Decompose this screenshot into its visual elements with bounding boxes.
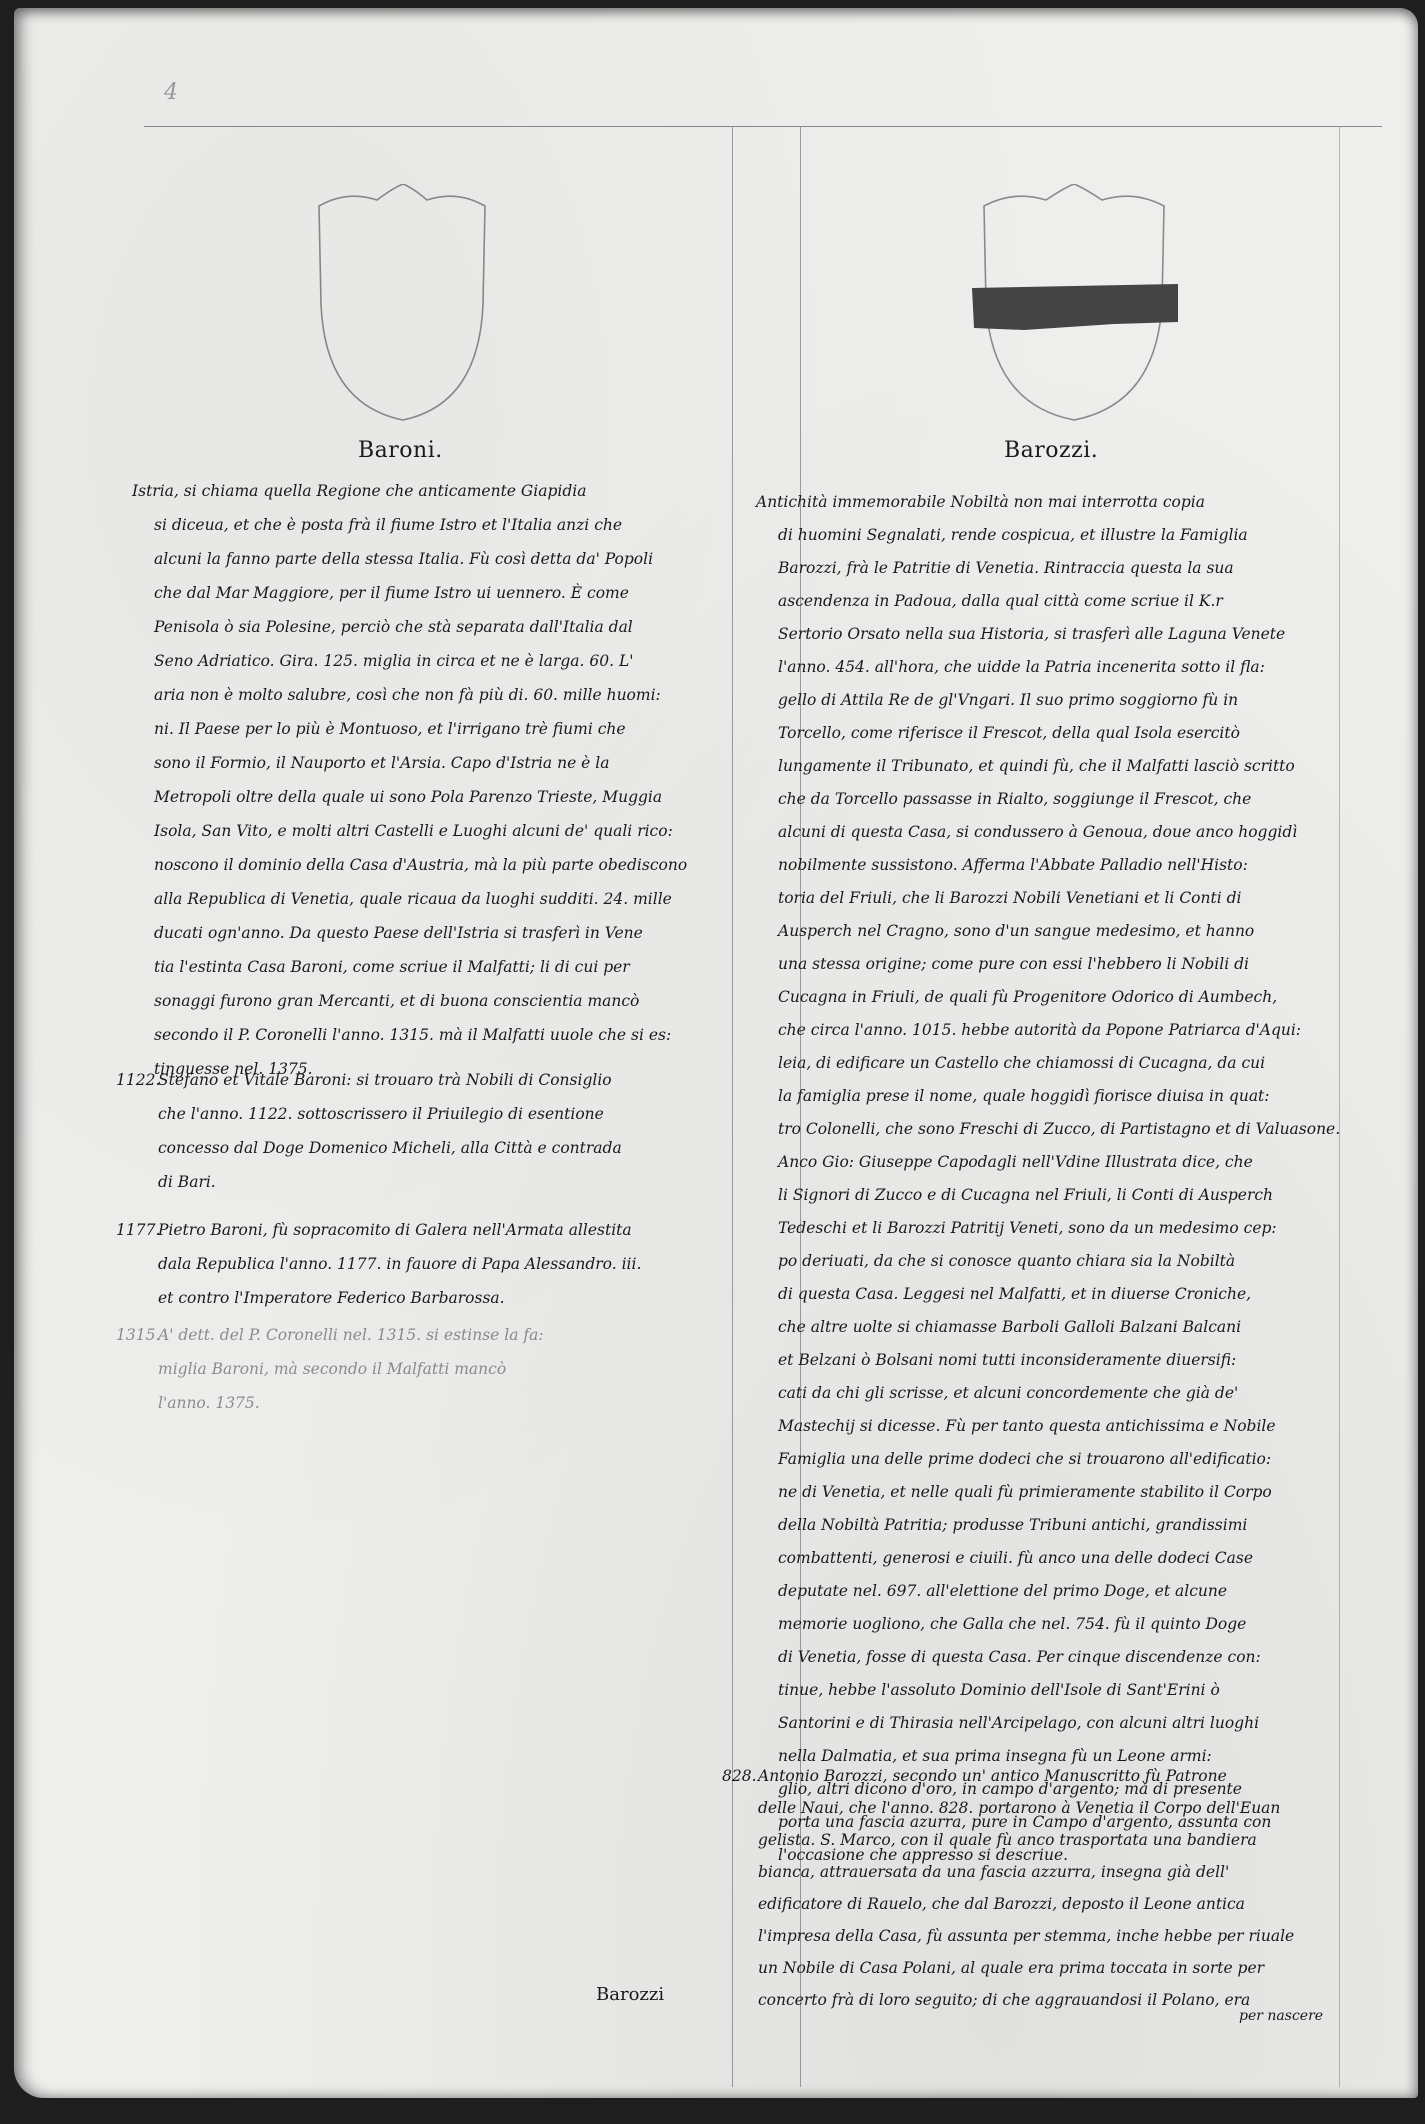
family-title-barozzi: Barozzi. — [1004, 438, 1098, 463]
text-line: noscono il dominio della Casa d'Austria,… — [132, 848, 732, 882]
text-line: delle Naui, che l'anno. 828. portarono à… — [758, 1792, 1294, 1824]
text-line: Santorini e di Thirasia nell'Arcipelago,… — [756, 1707, 1356, 1740]
text-line: Ausperch nel Cragno, sono d'un sangue me… — [756, 915, 1356, 948]
entry-year: 828. — [722, 1760, 757, 1792]
text-line: A' dett. del P. Coronelli nel. 1315. si … — [158, 1318, 544, 1352]
text-line: miglia Baroni, mà secondo il Malfatti ma… — [158, 1352, 544, 1386]
text-line: gelista. S. Marco, con il quale fù anco … — [758, 1824, 1294, 1856]
entry-text: Antonio Barozzi, secondo un' antico Manu… — [758, 1760, 1294, 2016]
baroni-description: Istria, si chiama quella Regione che ant… — [132, 474, 732, 1086]
text-line: Isola, San Vito, e molti altri Castelli … — [132, 814, 732, 848]
text-line: di questa Casa. Leggesi nel Malfatti, et… — [756, 1278, 1356, 1311]
text-line: Seno Adriatico. Gira. 125. miglia in cir… — [132, 644, 732, 678]
shield-fess-icon — [964, 184, 1184, 434]
text-line: li Signori di Zucco e di Cucagna nel Fri… — [756, 1179, 1356, 1212]
barozzi-description: Antichità immemorabile Nobiltà non mai i… — [756, 486, 1356, 1872]
text-line: sono il Formio, il Nauporto et l'Arsia. … — [132, 746, 732, 780]
text-line: Antonio Barozzi, secondo un' antico Manu… — [758, 1760, 1294, 1792]
text-line: Famiglia una delle prime dodeci che si t… — [756, 1443, 1356, 1476]
text-line: Cucagna in Friuli, de quali fù Progenito… — [756, 981, 1356, 1014]
top-ruled-line — [144, 126, 1382, 127]
text-line: et contro l'Imperatore Federico Barbaros… — [158, 1281, 641, 1315]
text-line: di Venetia, fosse di questa Casa. Per ci… — [756, 1641, 1356, 1674]
text-line: deputate nel. 697. all'elettione del pri… — [756, 1575, 1356, 1608]
text-line: alcuni la fanno parte della stessa Itali… — [132, 542, 732, 576]
page-number: 4 — [164, 80, 178, 105]
text-line: ascendenza in Padoua, dalla qual città c… — [756, 585, 1356, 618]
text-line: la famiglia prese il nome, quale hoggidì… — [756, 1080, 1356, 1113]
text-line: Pietro Baroni, fù sopracomito di Galera … — [158, 1213, 641, 1247]
text-line: combattenti, generosi e ciuili. fù anco … — [756, 1542, 1356, 1575]
text-line: ne di Venetia, et nelle quali fù primier… — [756, 1476, 1356, 1509]
text-line: ducati ogn'anno. Da questo Paese dell'Is… — [132, 916, 732, 950]
text-line: Stefano et Vitale Baroni: si trouaro trà… — [158, 1063, 622, 1097]
text-line: et Belzani ò Bolsani nomi tutti inconsid… — [756, 1344, 1356, 1377]
text-line: l'impresa della Casa, fù assunta per ste… — [758, 1920, 1294, 1952]
text-line: Barozzi, frà le Patritie di Venetia. Rin… — [756, 552, 1356, 585]
text-line: tinue, hebbe l'assoluto Dominio dell'Iso… — [756, 1674, 1356, 1707]
text-line: secondo il P. Coronelli l'anno. 1315. mà… — [132, 1018, 732, 1052]
entry-year: 1122. — [116, 1063, 160, 1097]
text-line: Penisola ò sia Polesine, perciò che stà … — [132, 610, 732, 644]
text-line: tia l'estinta Casa Baroni, come scriue i… — [132, 950, 732, 984]
text-line: si diceua, et che è posta frà il fiume I… — [132, 508, 732, 542]
text-line: Anco Gio: Giuseppe Capodagli nell'Vdine … — [756, 1146, 1356, 1179]
text-line: che altre uolte si chiamasse Barboli Gal… — [756, 1311, 1356, 1344]
text-line: dala Republica l'anno. 1177. in fauore d… — [158, 1247, 641, 1281]
text-line: po deriuati, da che si conosce quanto ch… — [756, 1245, 1356, 1278]
right-column-catchword: per nascere — [1239, 2008, 1323, 2024]
entry-text: A' dett. del P. Coronelli nel. 1315. si … — [158, 1318, 544, 1420]
text-line: di Bari. — [158, 1165, 622, 1199]
text-line: sonaggi furono gran Mercanti, et di buon… — [132, 984, 732, 1018]
text-line: che da Torcello passasse in Rialto, sogg… — [756, 783, 1356, 816]
text-line: alla Republica di Venetia, quale ricaua … — [132, 882, 732, 916]
text-line: Antichità immemorabile Nobiltà non mai i… — [756, 486, 1356, 519]
text-line: Sertorio Orsato nella sua Historia, si t… — [756, 618, 1356, 651]
text-line: l'anno. 1375. — [158, 1386, 544, 1420]
entry-text: Stefano et Vitale Baroni: si trouaro trà… — [158, 1063, 622, 1199]
text-line: toria del Friuli, che li Barozzi Nobili … — [756, 882, 1356, 915]
text-line: memorie uogliono, che Galla che nel. 754… — [756, 1608, 1356, 1641]
text-line: che circa l'anno. 1015. hebbe autorità d… — [756, 1014, 1356, 1047]
footer-catchword: Barozzi — [596, 1984, 664, 2005]
entry-text: Pietro Baroni, fù sopracomito di Galera … — [158, 1213, 641, 1315]
text-line: un Nobile di Casa Polani, al quale era p… — [758, 1952, 1294, 1984]
manuscript-page: 4 Baroni. Istria, si chiama quella Regio… — [14, 8, 1418, 2098]
text-line: edificatore di Rauelo, che dal Barozzi, … — [758, 1888, 1294, 1920]
text-line: Torcello, come riferisce il Frescot, del… — [756, 717, 1356, 750]
baroni-coat-of-arms-shield — [307, 184, 497, 434]
text-line: Istria, si chiama quella Regione che ant… — [132, 474, 732, 508]
text-line: gello di Attila Re de gl'Vngari. Il suo … — [756, 684, 1356, 717]
text-line: leia, di edificare un Castello che chiam… — [756, 1047, 1356, 1080]
text-line: della Nobiltà Patritia; produsse Tribuni… — [756, 1509, 1356, 1542]
text-line: aria non è molto salubre, così che non f… — [132, 678, 732, 712]
family-title-baroni: Baroni. — [358, 438, 443, 463]
barozzi-coat-of-arms-shield — [964, 184, 1184, 434]
text-line: Metropoli oltre della quale ui sono Pola… — [132, 780, 732, 814]
shield-icon — [307, 184, 497, 434]
left-column-rule — [732, 127, 733, 2087]
entry-year: 1315. — [116, 1318, 160, 1352]
text-line: concesso dal Doge Domenico Micheli, alla… — [158, 1131, 622, 1165]
text-line: bianca, attrauersata da una fascia azzur… — [758, 1856, 1294, 1888]
entry-year: 1177. — [116, 1213, 160, 1247]
text-line: concerto frà di loro seguito; di che agg… — [758, 1984, 1294, 2016]
text-line: ni. Il Paese per lo più è Montuoso, et l… — [132, 712, 732, 746]
text-line: tro Colonelli, che sono Freschi di Zucco… — [756, 1113, 1356, 1146]
text-line: Tedeschi et li Barozzi Patritij Veneti, … — [756, 1212, 1356, 1245]
text-line: che dal Mar Maggiore, per il fiume Istro… — [132, 576, 732, 610]
text-line: Mastechij si dicesse. Fù per tanto quest… — [756, 1410, 1356, 1443]
text-line: che l'anno. 1122. sottoscrissero il Priu… — [158, 1097, 622, 1131]
text-line: una stessa origine; come pure con essi l… — [756, 948, 1356, 981]
text-line: cati da chi gli scrisse, et alcuni conco… — [756, 1377, 1356, 1410]
text-line: nobilmente sussistono. Afferma l'Abbate … — [756, 849, 1356, 882]
text-line: di huomini Segnalati, rende cospicua, et… — [756, 519, 1356, 552]
text-line: lungamente il Tribunato, et quindi fù, c… — [756, 750, 1356, 783]
text-line: alcuni di questa Casa, si condussero à G… — [756, 816, 1356, 849]
text-line: l'anno. 454. all'hora, che uidde la Patr… — [756, 651, 1356, 684]
